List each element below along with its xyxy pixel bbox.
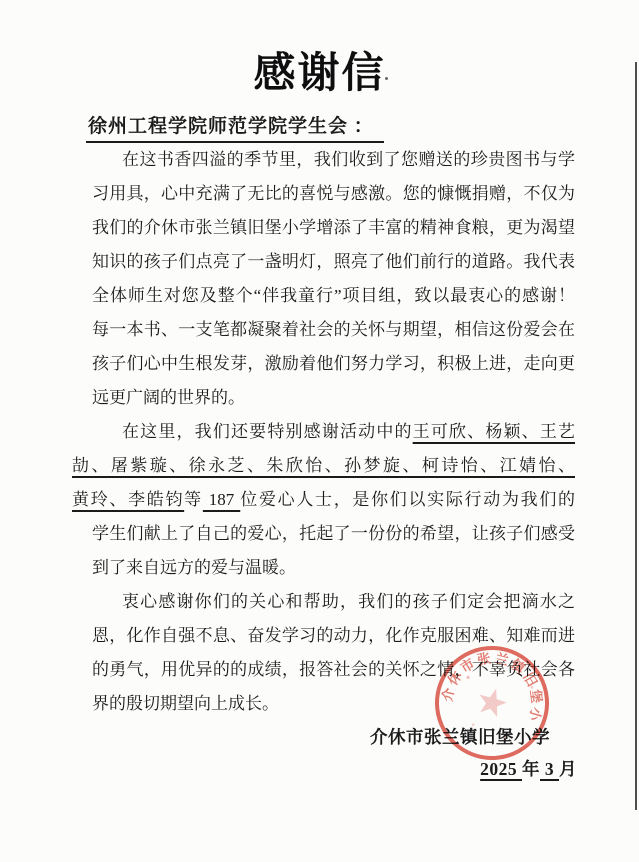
body-line: 劼、屠紫璇、徐永芝、朱欣怡、孙梦旋、柯诗怡、江婧怡、 xyxy=(72,449,575,483)
letter-page: 感谢信 徐州工程学院师范学院学生会 ： 在这书香四溢的季节里，我们收到了您赠送的… xyxy=(0,0,639,862)
body-line: 全体师生对您及整个“伴我童行”项目组，致以最衷心的感谢！ xyxy=(92,279,575,313)
date-text: 月 xyxy=(559,759,577,779)
body-text: 习用具，心中充满了无比的喜悦与感激。您的慷慨捐赠，不仅为 xyxy=(92,184,575,203)
body-text: 到了来自远方的爱与温暖。 xyxy=(92,558,296,577)
body-line: 每一本书、一支笔都凝聚着社会的关怀与期望，相信这份爱会在 xyxy=(92,313,575,347)
school-seal-stamp: 介休市张兰镇旧堡小学 xyxy=(430,641,554,765)
body-text: 全体师生对您及整个“伴我童行”项目组，致以最衷心的感谢！ xyxy=(92,286,575,305)
underlined-text: 王可欣、杨颖、王艺 xyxy=(413,422,575,441)
body-text: 每一本书、一支笔都凝聚着社会的关怀与期望，相信这份爱会在 xyxy=(92,320,575,339)
body-line: 知识的孩子们点亮了一盏明灯，照亮了他们前行的道路。我代表 xyxy=(92,245,575,279)
body-text: 等 xyxy=(184,490,203,509)
body-text: 远更广阔的世界的。 xyxy=(92,388,245,407)
body-text: 在这书香四溢的季节里，我们收到了您赠送的珍贵图书与学 xyxy=(122,150,575,169)
body-text: 位爱心人士，是你们以实际行动为我们的 xyxy=(240,490,575,509)
body-lines: 在这书香四溢的季节里，我们收到了您赠送的珍贵图书与学习用具，心中充满了无比的喜悦… xyxy=(92,143,575,721)
body-text: 在这里，我们还要特别感谢活动中的 xyxy=(122,422,413,441)
underlined-text: 187 xyxy=(203,490,240,509)
letter-title: 感谢信 xyxy=(0,40,639,100)
body-line: 到了来自远方的爱与温暖。 xyxy=(92,551,575,585)
body-line: 在这里，我们还要特别感谢活动中的王可欣、杨颖、王艺 xyxy=(92,415,575,449)
underlined-text: 劼、屠紫璇、徐永芝、朱欣怡、孙梦旋、柯诗怡、江婧怡、 xyxy=(72,456,575,475)
body-line: 黄玲、李皓钧等 187 位爱心人士，是你们以实际行动为我们的 xyxy=(72,483,575,517)
stamp-star-icon xyxy=(475,685,510,719)
body-line: 习用具，心中充满了无比的喜悦与感激。您的慷慨捐赠，不仅为 xyxy=(92,177,575,211)
scan-edge-artifact xyxy=(635,62,637,810)
body-line: 我们的介休市张兰镇旧堡小学增添了丰富的精神食粮，更为渴望 xyxy=(92,211,575,245)
body-line: 学生们献上了自己的爱心，托起了一份份的希望，让孩子们感受 xyxy=(92,517,575,551)
body-text: 我们的介休市张兰镇旧堡小学增添了丰富的精神食粮，更为渴望 xyxy=(92,218,575,237)
body-text: 衷心感谢你们的关心和帮助，我们的孩子们定会把滴水之 xyxy=(122,592,575,611)
salutation: 徐州工程学院师范学院学生会 ： xyxy=(86,111,384,143)
body-line: 远更广阔的世界的。 xyxy=(92,381,575,415)
body-line: 孩子们心中生根发芽，激励着他们努力学习，积极上进，走向更 xyxy=(92,347,575,381)
body-text: 知识的孩子们点亮了一盏明灯，照亮了他们前行的道路。我代表 xyxy=(92,252,575,271)
body-text: 孩子们心中生根发芽，激励着他们努力学习，积极上进，走向更 xyxy=(92,354,575,373)
underlined-text: 黄玲、李皓钧 xyxy=(72,490,184,509)
body-line: 衷心感谢你们的关心和帮助，我们的孩子们定会把滴水之 xyxy=(92,585,575,619)
body-line: 在这书香四溢的季节里，我们收到了您赠送的珍贵图书与学 xyxy=(92,143,575,177)
body-text: 界的殷切期望向上成长。 xyxy=(92,694,279,713)
scan-speck xyxy=(385,77,388,80)
body-text: 学生们献上了自己的爱心，托起了一份份的希望，让孩子们感受 xyxy=(92,524,575,543)
